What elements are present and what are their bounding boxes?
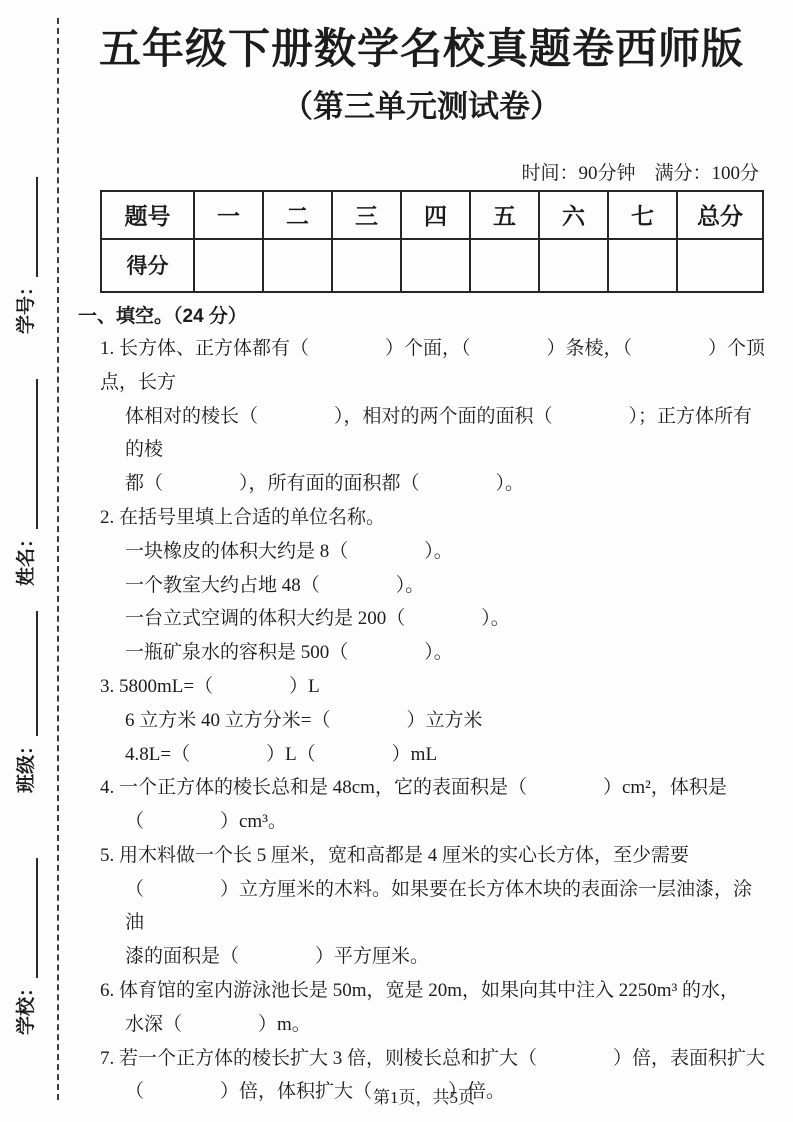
page-subtitle: （第三单元测试卷） [78, 89, 765, 125]
student-id-field-label: 学号： [11, 277, 38, 334]
score-cell-3 [332, 239, 401, 292]
exam-page: 学校： 班级： 姓名： 学号： 五年级下册数学名校真题卷西师版 （第三单元测试卷… [0, 0, 793, 1122]
main-content: 五年级下册数学名校真题卷西师版 （第三单元测试卷） 时间：90分钟 满分：100… [78, 0, 765, 1109]
score-table-col-1: 一 [194, 191, 263, 239]
q5-line2: （ ）立方厘米的木料。如果要在长方体木块的表面涂一层油漆，涂油 [125, 873, 765, 941]
score-cell-6 [539, 239, 608, 292]
score-table-col-5: 五 [470, 191, 539, 239]
page-number: 第1页，共5页 [0, 1083, 793, 1108]
seal-dashed-line [57, 18, 59, 1100]
school-field-label: 学校： [11, 978, 38, 1035]
score-cell-2 [263, 239, 332, 292]
q4-line2: （ ）cm³。 [125, 805, 765, 839]
q3-line1: 3. 5800mL=（ ）L [100, 670, 765, 704]
score-cell-7 [608, 239, 677, 292]
exam-info: 时间：90分钟 满分：100分 [78, 163, 765, 185]
q2-line3: 一个教室大约占地 48（ ）。 [125, 569, 765, 603]
score-cell-1 [194, 239, 263, 292]
name-field: 姓名： [11, 379, 38, 586]
student-id-field: 学号： [11, 177, 38, 334]
q2-line4: 一台立式空调的体积大约是 200（ ）。 [125, 602, 765, 636]
q3-line3: 4.8L=（ ）L（ ）mL [125, 738, 765, 772]
score-cell-total [677, 239, 763, 292]
score-cell-4 [401, 239, 470, 292]
score-row-label: 得分 [101, 239, 194, 292]
score-table-col-6: 六 [539, 191, 608, 239]
score-table-col-7: 七 [608, 191, 677, 239]
q1-line3: 都（ ），所有面的面积都（ ）。 [125, 467, 765, 501]
student-info-sidebar: 学校： 班级： 姓名： 学号： [8, 55, 38, 1100]
score-table-col-total: 总分 [677, 191, 763, 239]
q7-line1: 7. 若一个正方体的棱长扩大 3 倍，则棱长总和扩大（ ）倍，表面积扩大 [100, 1042, 765, 1076]
q6-line1: 6. 体育馆的室内游泳池长是 50m，宽是 20m，如果向其中注入 2250m³… [100, 974, 765, 1008]
school-field: 学校： [11, 858, 38, 1035]
q2-line2: 一块橡皮的体积大约是 8（ ）。 [125, 535, 765, 569]
q3-line2: 6 立方米 40 立方分米=（ ）立方米 [125, 704, 765, 738]
score-table-col-2: 二 [263, 191, 332, 239]
score-cell-5 [470, 239, 539, 292]
name-field-blank [33, 379, 38, 529]
name-field-label: 姓名： [11, 529, 38, 586]
class-field-blank [33, 611, 38, 736]
q4-line1: 4. 一个正方体的棱长总和是 48cm，它的表面积是（ ）cm²，体积是 [100, 771, 765, 805]
school-field-blank [33, 858, 38, 978]
q2-line1: 2. 在括号里填上合适的单位名称。 [100, 501, 765, 535]
q5-line1: 5. 用木料做一个长 5 厘米，宽和高都是 4 厘米的实心长方体，至少需要 [100, 839, 765, 873]
score-table: 题号 一 二 三 四 五 六 七 总分 得分 [100, 190, 764, 293]
score-table-col-3: 三 [332, 191, 401, 239]
section1-heading: 一、填空。（24 分） [78, 302, 765, 332]
q1-line2: 体相对的棱长（ ），相对的两个面的面积（ ）；正方体所有的棱 [125, 400, 765, 468]
score-table-header-row: 题号 一 二 三 四 五 六 七 总分 [101, 191, 763, 239]
q1-line1: 1. 长方体、正方体都有（ ）个面，（ ）条棱，（ ）个顶点，长方 [100, 332, 765, 400]
score-table-col-4: 四 [401, 191, 470, 239]
score-table-col-timu: 题号 [101, 191, 194, 239]
q5-line3: 漆的面积是（ ）平方厘米。 [125, 940, 765, 974]
class-field-label: 班级： [11, 736, 38, 793]
page-title: 五年级下册数学名校真题卷西师版 [78, 26, 765, 74]
class-field: 班级： [11, 611, 38, 793]
student-id-field-blank [33, 177, 38, 277]
q6-line2: 水深（ ）m。 [125, 1008, 765, 1042]
q2-line5: 一瓶矿泉水的容积是 500（ ）。 [125, 636, 765, 670]
score-table-score-row: 得分 [101, 239, 763, 292]
